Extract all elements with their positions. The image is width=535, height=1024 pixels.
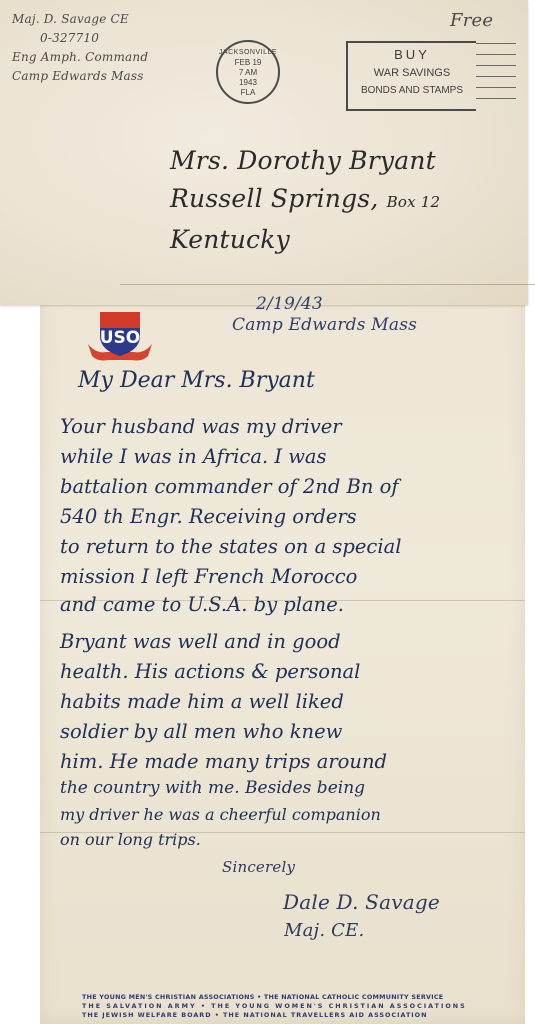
uso-logo-icon: USO xyxy=(86,310,154,364)
forwarding-note: Free xyxy=(450,10,493,31)
body-line: habits made him a well liked xyxy=(60,690,344,713)
cancel-lines-icon xyxy=(476,43,516,109)
postmark-state: FLA xyxy=(218,88,278,98)
return-address: Maj. D. Savage CE 0-327710 Eng Amph. Com… xyxy=(12,10,148,86)
slogan-line: BONDS AND STAMPS xyxy=(348,82,476,100)
letterhead-footer: THE YOUNG MEN'S CHRISTIAN ASSOCIATIONS •… xyxy=(82,993,502,1020)
body-line: to return to the states on a special xyxy=(60,535,401,558)
body-line: while I was in Africa. I was xyxy=(60,445,327,468)
body-line: 540 th Engr. Receiving orders xyxy=(60,505,357,528)
recipient-state: Kentucky xyxy=(170,221,440,259)
slogan-line: BUY xyxy=(348,46,476,64)
footer-line: THE SALVATION ARMY • THE YOUNG WOMEN'S C… xyxy=(82,1002,502,1011)
salutation: My Dear Mrs. Bryant xyxy=(78,368,315,393)
recipient-box: Box 12 xyxy=(387,193,441,211)
body-line: and came to U.S.A. by plane. xyxy=(60,593,344,616)
envelope: Maj. D. Savage CE 0-327710 Eng Amph. Com… xyxy=(0,0,528,305)
envelope-edge xyxy=(120,284,535,285)
body-line: mission I left French Morocco xyxy=(60,565,357,588)
letter-place: Camp Edwards Mass xyxy=(232,315,417,335)
signature-rank: Maj. CE. xyxy=(284,920,364,941)
recipient-name: Mrs. Dorothy Bryant xyxy=(170,142,440,180)
closing: Sincerely xyxy=(222,858,295,876)
return-address-line: Eng Amph. Command xyxy=(12,48,148,67)
signature: Dale D. Savage xyxy=(283,890,440,914)
body-line: Your husband was my driver xyxy=(60,415,342,438)
slogan-line: WAR SAVINGS xyxy=(348,64,476,82)
body-line: on our long trips. xyxy=(60,830,201,849)
postmark-year: 1943 xyxy=(218,78,278,88)
recipient-city: Russell Springs, xyxy=(170,184,378,213)
recipient-city-line: Russell Springs, Box 12 xyxy=(170,180,440,221)
footer-line: THE YOUNG MEN'S CHRISTIAN ASSOCIATIONS •… xyxy=(82,993,502,1002)
postmark-city: JACKSONVILLE xyxy=(218,48,278,58)
slogan-cancel: BUY WAR SAVINGS BONDS AND STAMPS xyxy=(346,41,476,111)
body-line: Bryant was well and in good xyxy=(60,630,341,653)
body-line: health. His actions & personal xyxy=(60,660,360,683)
body-line: my driver he was a cheerful companion xyxy=(60,805,381,824)
body-line: him. He made many trips around xyxy=(60,750,387,773)
body-line: battalion commander of 2nd Bn of xyxy=(60,475,399,498)
svg-text:USO: USO xyxy=(100,328,141,348)
body-line: soldier by all men who knew xyxy=(60,720,342,743)
return-address-line: Maj. D. Savage CE xyxy=(12,10,148,29)
postmark-date: FEB 19 xyxy=(218,58,278,68)
return-address-line: Camp Edwards Mass xyxy=(12,67,148,86)
return-address-line: 0-327710 xyxy=(12,29,148,48)
postmark-stamp: JACKSONVILLE FEB 19 7 AM 1943 FLA xyxy=(216,40,280,104)
body-line: the country with me. Besides being xyxy=(60,778,365,798)
footer-line: THE JEWISH WELFARE BOARD • THE NATIONAL … xyxy=(82,1011,502,1020)
letter-date: 2/19/43 xyxy=(256,294,323,314)
postmark-time: 7 AM xyxy=(218,68,278,78)
recipient-address: Mrs. Dorothy Bryant Russell Springs, Box… xyxy=(170,142,440,259)
